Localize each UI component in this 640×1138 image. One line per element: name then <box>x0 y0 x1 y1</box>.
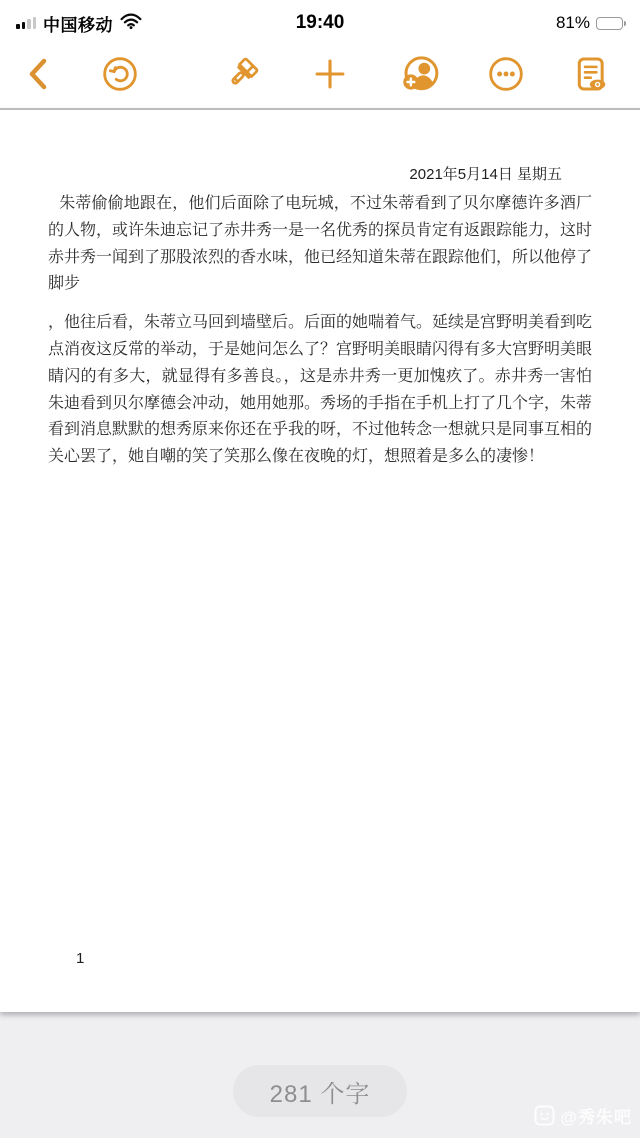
paragraph: 朱蒂偷偷地跟在，他们后面除了电玩城，不过朱蒂看到了贝尔摩德许多酒厂的人物，或许朱… <box>48 191 592 298</box>
back-chevron-icon <box>26 57 50 91</box>
page-number: 1 <box>76 950 84 967</box>
add-person-button[interactable] <box>400 52 440 96</box>
format-brush-icon <box>222 54 262 94</box>
add-button[interactable] <box>310 52 350 96</box>
document-body: 朱蒂偷偷地跟在，他们后面除了电玩城，不过朱蒂看到了贝尔摩德许多酒厂的人物，或许朱… <box>48 191 592 471</box>
tieba-logo-icon <box>534 1105 555 1126</box>
document-date: 2021年5月14日 星期五 <box>48 164 592 186</box>
preview-document-button[interactable] <box>570 52 610 96</box>
watermark-handle: @秀朱吧 <box>560 1103 632 1128</box>
add-person-icon <box>400 54 440 94</box>
word-count-badge: 281 个字 <box>233 1065 407 1117</box>
status-bar: 中国移动 19:40 81% <box>0 0 640 40</box>
undo-button[interactable] <box>100 52 140 96</box>
footer-area: 281 个字 @秀朱吧 <box>0 1012 640 1134</box>
more-ellipsis-icon <box>487 55 525 93</box>
document-preview-icon <box>570 54 610 94</box>
add-icon <box>311 55 349 93</box>
format-brush-button[interactable] <box>222 52 262 96</box>
editor-toolbar <box>0 40 640 108</box>
paragraph: ，他往后看，朱蒂立马回到墙壁后。后面的她喘着气。延续是宫野明美看到吃点消夜这反常… <box>48 310 592 471</box>
undo-icon <box>101 55 139 93</box>
more-options-button[interactable] <box>486 52 526 96</box>
clock: 19:40 <box>0 12 640 34</box>
document-page[interactable]: 2021年5月14日 星期五 朱蒂偷偷地跟在，他们后面除了电玩城，不过朱蒂看到了… <box>0 108 640 1012</box>
watermark: @秀朱吧 <box>534 1103 632 1128</box>
back-button[interactable] <box>18 52 58 96</box>
